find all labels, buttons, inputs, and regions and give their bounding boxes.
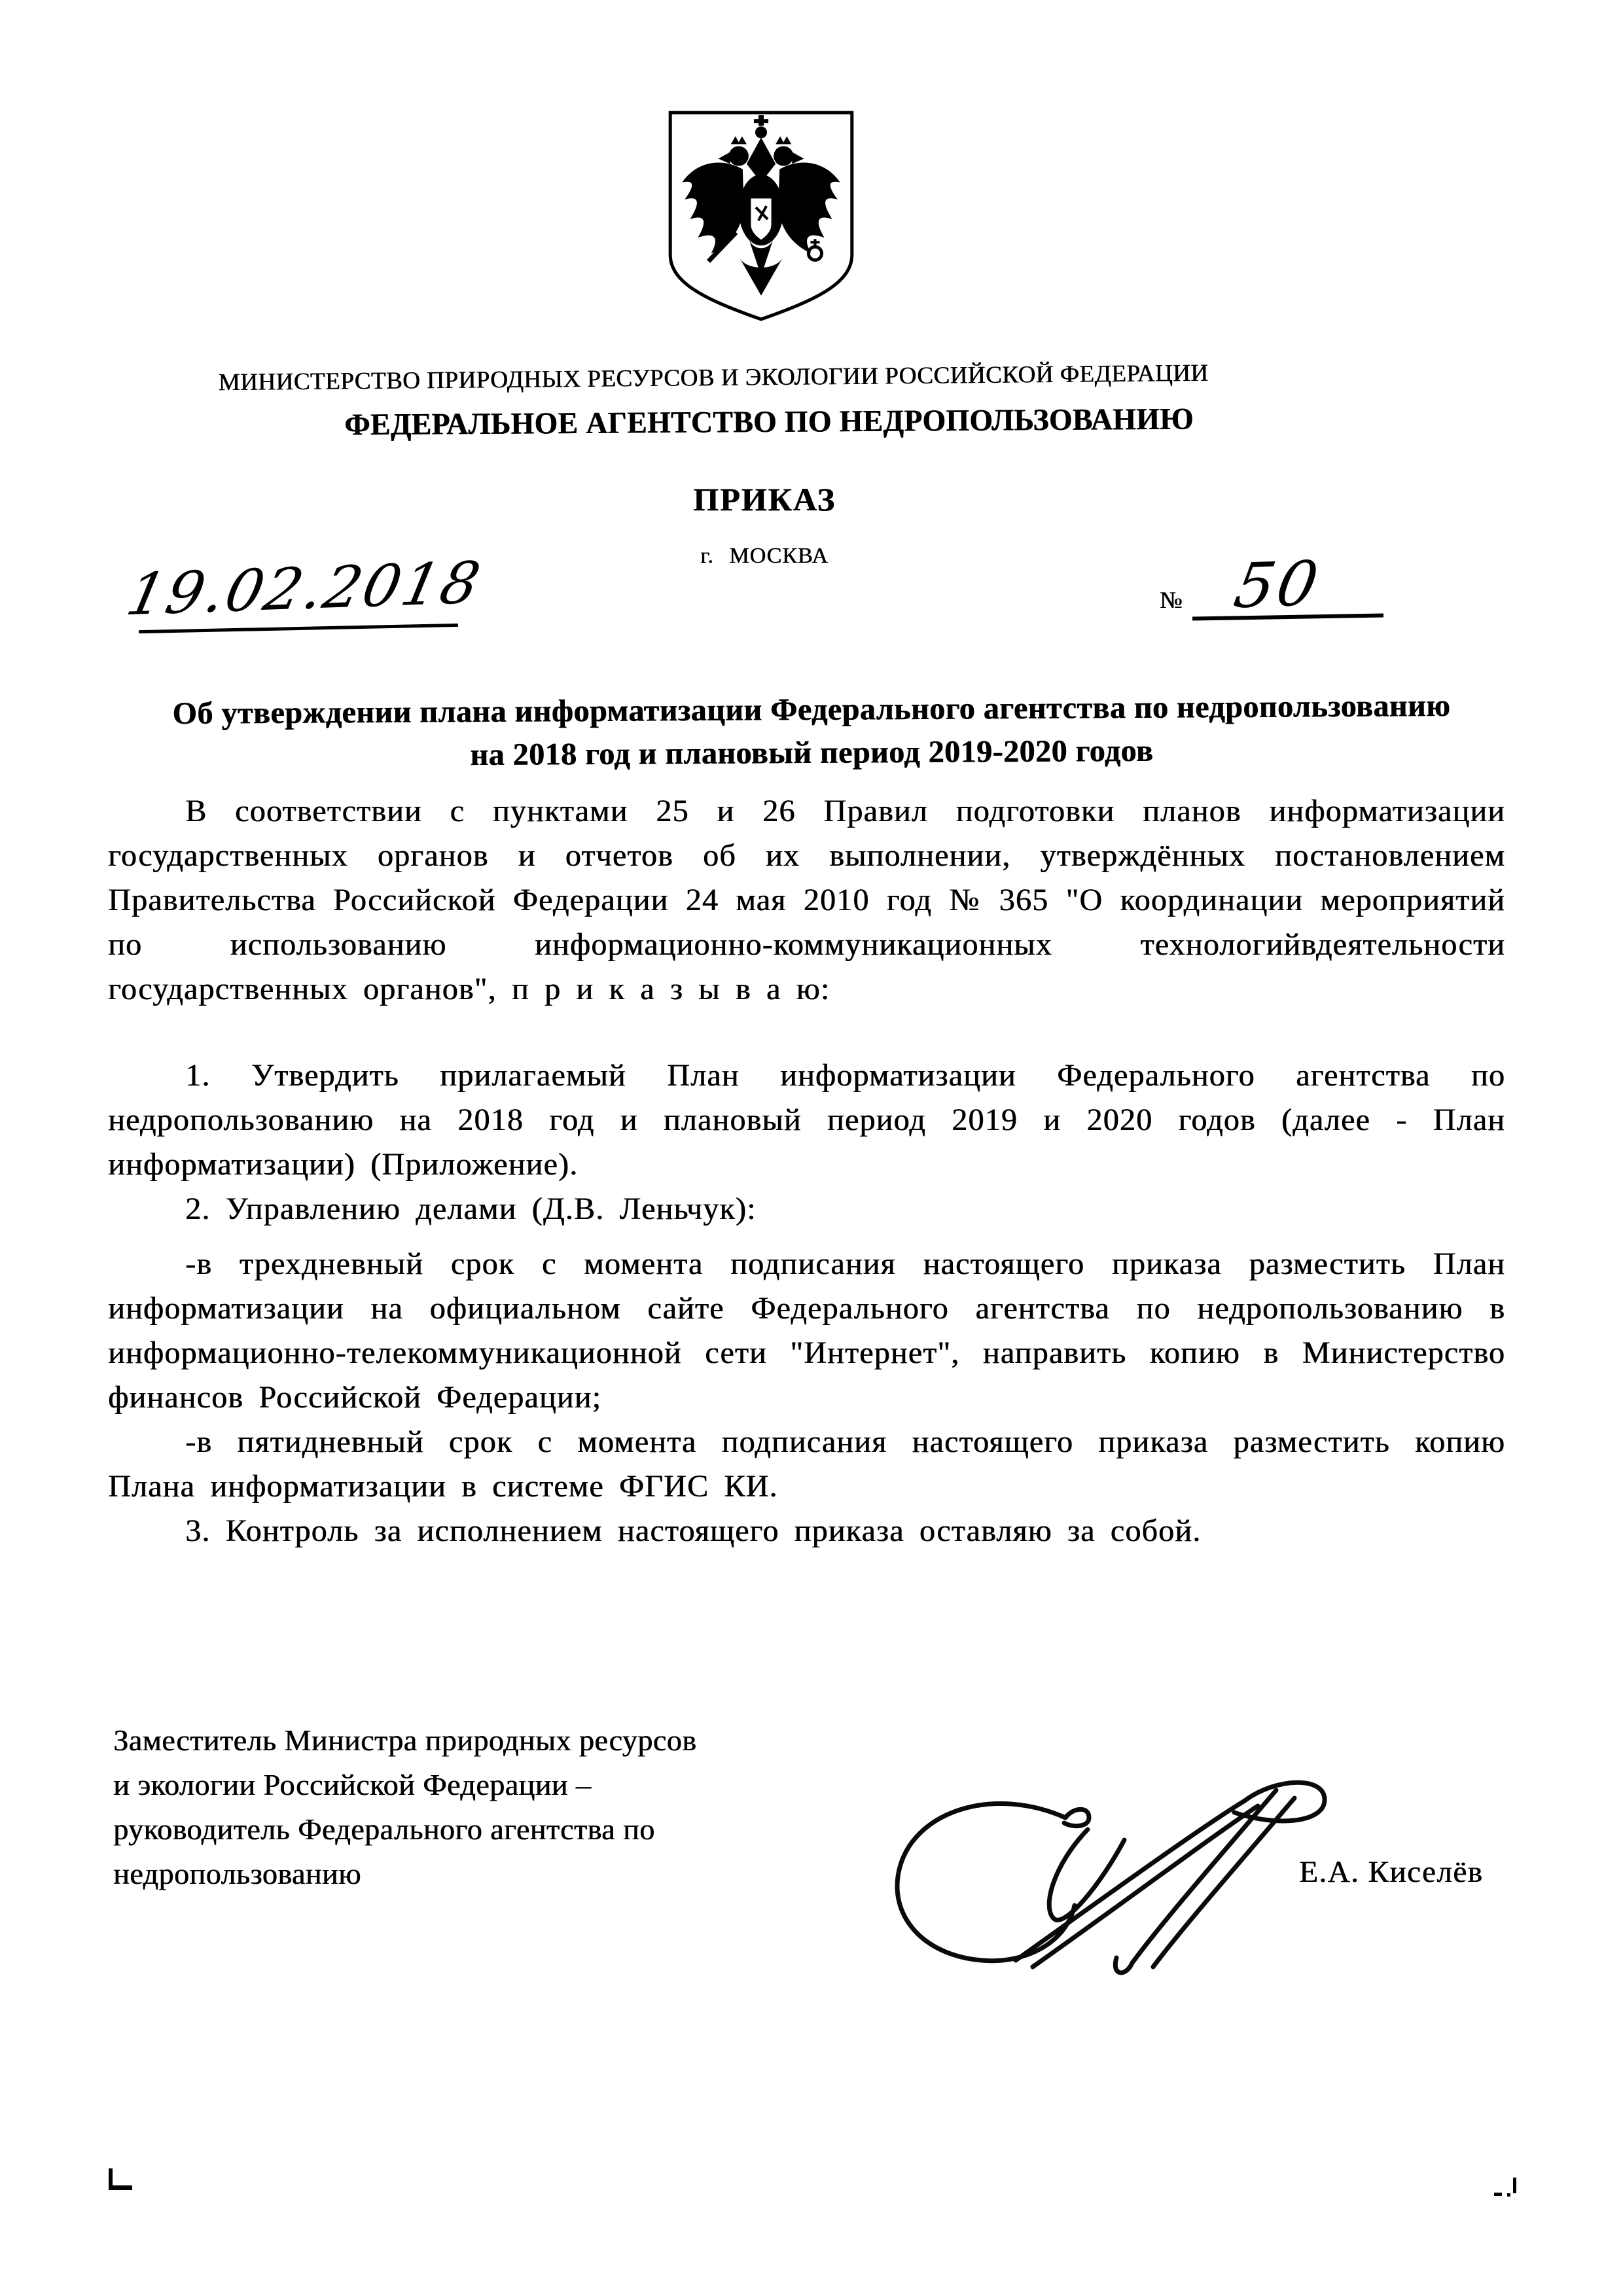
order-item-1: 1. Утвердить прилагаемый План информатиз…	[108, 1053, 1505, 1187]
city-line: г. МОСКВА	[633, 544, 895, 569]
corner-mark-bottom-left	[109, 2168, 132, 2190]
corner-mark-dot	[1507, 2193, 1510, 2197]
order-item-2: 2. Управлению делами (Д.В. Леньчук):	[108, 1187, 1505, 1231]
order-item-3: 3. Контроль за исполнением настоящего пр…	[108, 1509, 1505, 1553]
ministry-name: МИНИСТЕРСТВО ПРИРОДНЫХ РЕСУРСОВ И ЭКОЛОГ…	[183, 359, 1243, 397]
russia-coat-of-arms-icon	[662, 103, 860, 327]
corner-mark-bar	[1513, 2178, 1516, 2193]
intro-paragraph: В соответствии с пунктами 25 и 26 Правил…	[108, 789, 1505, 1012]
number-label: №	[1160, 586, 1182, 614]
order-body: В соответствии с пунктами 25 и 26 Правил…	[108, 789, 1505, 1553]
agency-name: ФЕДЕРАЛЬНОЕ АГЕНТСТВО ПО НЕДРОПОЛЬЗОВАНИ…	[232, 400, 1306, 443]
signatory-name: Е.А. Киселёв	[1299, 1854, 1483, 1890]
signatory-position-line-3: руководитель Федерального агентства по	[113, 1807, 866, 1852]
signatory-position-line-1: Заместитель Министра природных ресурсов	[113, 1718, 866, 1763]
order-item-2b: -в пятидневный срок с момента подписания…	[108, 1420, 1505, 1509]
corner-mark-dash	[1494, 2193, 1502, 2196]
scanned-order-page: МИНИСТЕРСТВО ПРИРОДНЫХ РЕСУРСОВ И ЭКОЛОГ…	[0, 0, 1623, 2296]
order-item-2a: -в трехдневный срок с момента подписания…	[108, 1242, 1505, 1420]
handwritten-number: 50	[1229, 548, 1326, 622]
signatory-position: Заместитель Министра природных ресурсов …	[113, 1718, 866, 1896]
handwritten-date: 19.02.2018	[121, 549, 488, 629]
document-type-title: ПРИКАЗ	[633, 480, 895, 518]
corner-mark-bottom-right	[1494, 2178, 1516, 2197]
signatory-position-line-2: и экологии Российской Федерации –	[113, 1763, 866, 1807]
signature-scribble-icon	[857, 1767, 1342, 1983]
order-title: Об утверждении плана информатизации Феде…	[157, 684, 1467, 779]
signatory-position-line-4: недропользованию	[113, 1852, 866, 1896]
